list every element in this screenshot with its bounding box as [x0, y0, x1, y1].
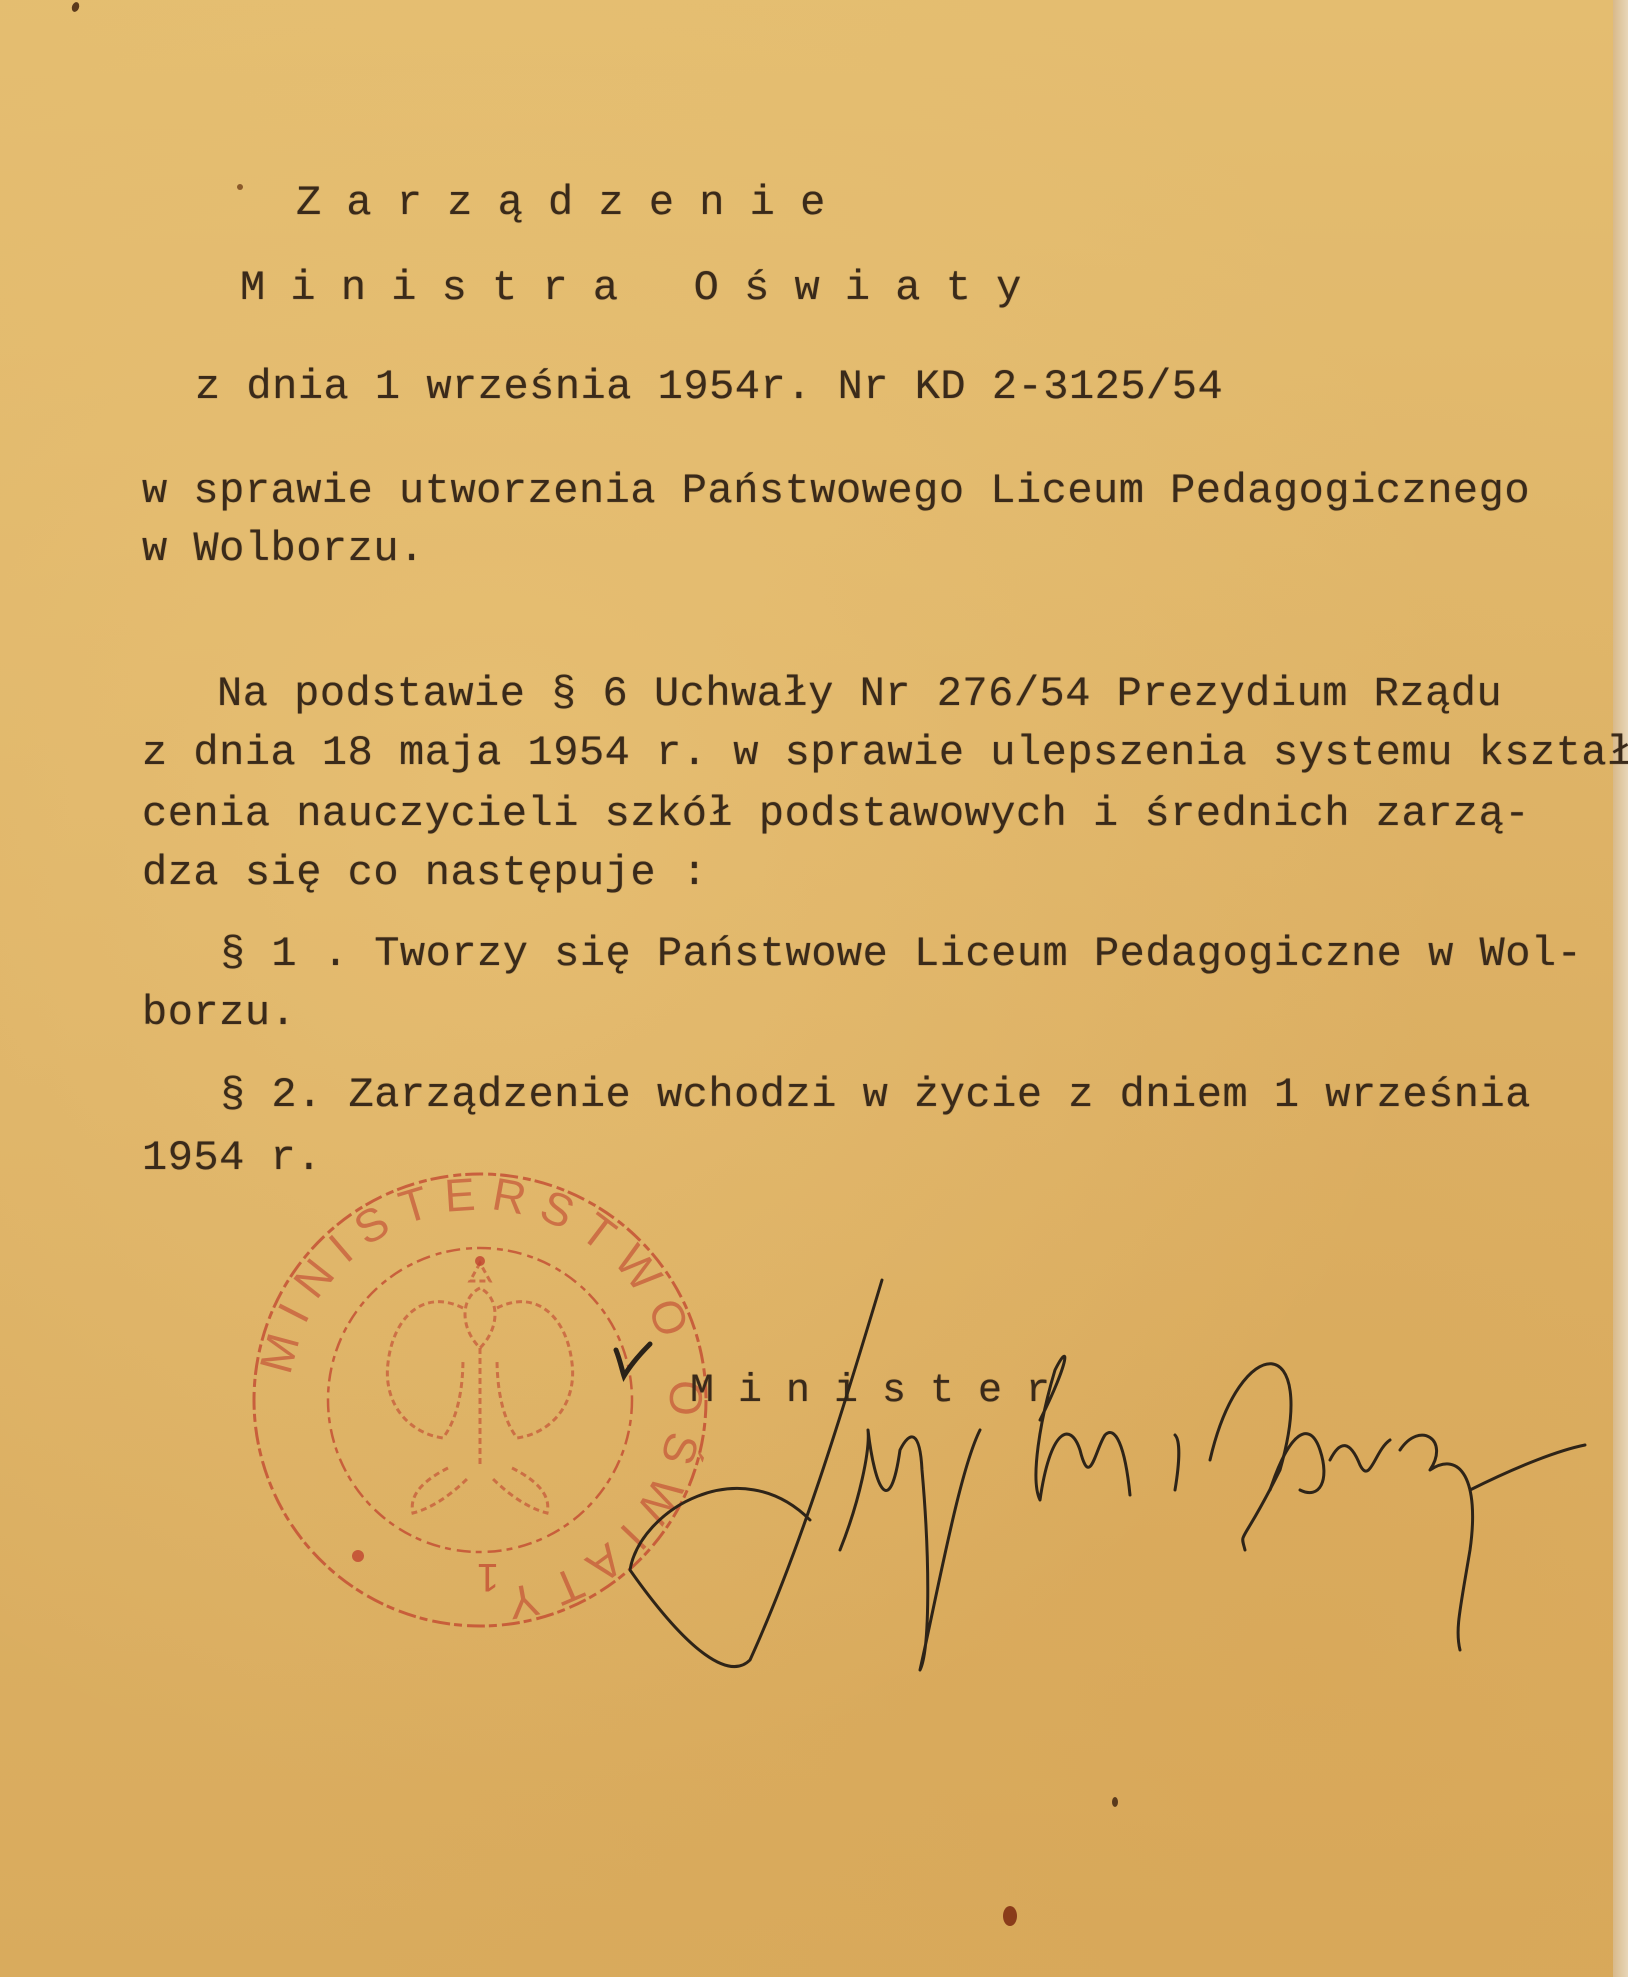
document-page: Z a r z ą d z e n i e M i n i s t r a O … [0, 0, 1628, 1977]
paragraph-1-line-2: borzu. [142, 992, 296, 1034]
document-issuer: M i n i s t r a O ś w i a t y [240, 267, 1021, 309]
handwritten-signature [600, 1250, 1628, 1680]
paper-speck [237, 184, 243, 190]
preamble-line-1: Na podstawie § 6 Uchwały Nr 276/54 Prezy… [217, 673, 1502, 715]
preamble-line-4: dza się co następuje : [142, 852, 708, 894]
paragraph-2-line-1: § 2. Zarządzenie wchodzi w życie z dniem… [220, 1074, 1531, 1116]
paper-speck [71, 1, 81, 13]
preamble-line-2: z dnia 18 maja 1954 r. w sprawie ulepsze… [142, 732, 1628, 774]
subject-line-2: w Wolborzu. [142, 528, 425, 570]
paper-speck [1003, 1906, 1017, 1926]
stamp-number: 1 [477, 1555, 499, 1599]
subject-line-1: w sprawie utworzenia Państwowego Liceum … [142, 470, 1530, 512]
eagle-emblem-icon [387, 1263, 572, 1513]
paper-edge [1613, 0, 1628, 1977]
paragraph-1-line-1: § 1 . Tworzy się Państwowe Liceum Pedago… [220, 933, 1582, 975]
date-and-number: z dnia 1 września 1954r. Nr KD 2-3125/54 [195, 366, 1223, 408]
preamble-line-3: cenia nauczycieli szkół podstawowych i ś… [142, 793, 1530, 835]
document-title: Z a r z ą d z e n i e [296, 182, 825, 224]
paper-speck [1112, 1797, 1118, 1807]
